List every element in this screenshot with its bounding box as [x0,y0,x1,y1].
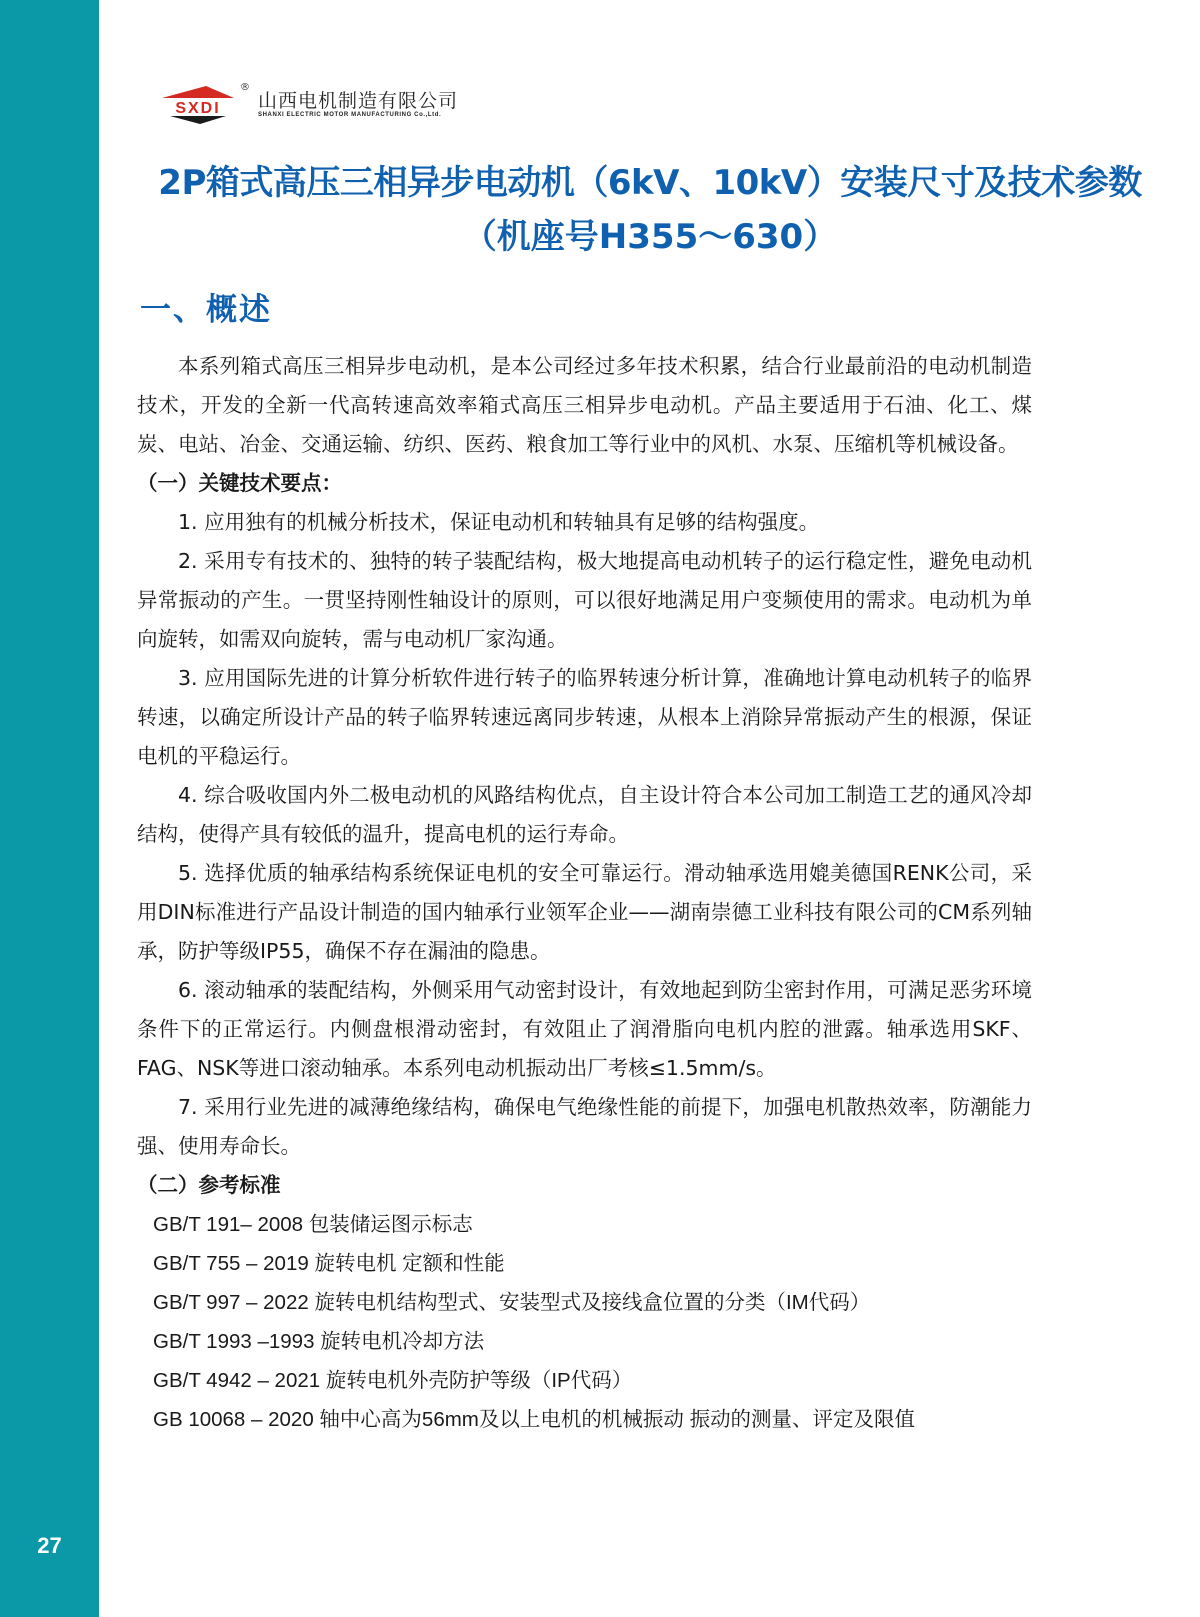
registered-mark: ® [240,82,250,93]
body-content: 本系列箱式高压三相异步电动机，是本公司经过多年技术积累，结合行业最前沿的电动机制… [137,347,1032,1439]
key-point-1: 1. 应用独有的机械分析技术，保证电动机和转轴具有足够的结构强度。 [137,503,1032,542]
key-point-4: 4. 综合吸收国内外二极电动机的风路结构优点，自主设计符合本公司加工制造工艺的通… [137,776,1032,854]
svg-text:SXDI: SXDI [175,100,220,117]
title-line-2: （机座号H355～630） [100,208,1200,266]
company-name-en: SHANXI ELECTRIC MOTOR MANUFACTURING Co.,… [258,112,458,118]
title-line-1: 2P箱式高压三相异步电动机（6kV、10kV）安装尺寸及技术参数 [100,158,1200,208]
page-number: 27 [0,1533,99,1559]
page-title: 2P箱式高压三相异步电动机（6kV、10kV）安装尺寸及技术参数 （机座号H35… [100,158,1200,266]
key-point-2: 2. 采用专有技术的、独特的转子装配结构，极大地提高电动机转子的运行稳定性，避免… [137,542,1032,659]
company-name-cn: 山西电机制造有限公司 [258,90,458,112]
key-points-heading: （一）关键技术要点： [137,464,1032,503]
key-point-7: 7. 采用行业先进的减薄绝缘结构，确保电气绝缘性能的前提下，加强电机散热效率，防… [137,1088,1032,1166]
standard-item: GB 10068 – 2020 轴中心高为56mm及以上电机的机械振动 振动的测… [137,1400,1032,1439]
section-heading: 一、概述 [140,284,272,329]
standard-item: GB/T 755 – 2019 旋转电机 定额和性能 [137,1244,1032,1283]
standards-heading: （二）参考标准 [137,1166,1032,1205]
key-point-6: 6. 滚动轴承的装配结构，外侧采用气动密封设计，有效地起到防尘密封作用，可满足恶… [137,971,1032,1088]
standard-item: GB/T 4942 – 2021 旋转电机外壳防护等级（IP代码） [137,1361,1032,1400]
key-point-5: 5. 选择优质的轴承结构系统保证电机的安全可靠运行。滑动轴承选用媲美德国RENK… [137,854,1032,971]
key-point-3: 3. 应用国际先进的计算分析软件进行转子的临界转速分析计算，准确地计算电动机转子… [137,659,1032,776]
standard-item: GB/T 191– 2008 包装储运图示标志 [137,1205,1032,1244]
standard-item: GB/T 997 – 2022 旋转电机结构型式、安装型式及接线盒位置的分类（I… [137,1283,1032,1322]
intro-paragraph: 本系列箱式高压三相异步电动机，是本公司经过多年技术积累，结合行业最前沿的电动机制… [137,347,1032,464]
sidebar-band [0,0,99,1617]
standard-item: GB/T 1993 –1993 旋转电机冷却方法 [137,1322,1032,1361]
sxdi-logo-icon: SXDI ® [160,84,236,124]
company-logo: SXDI ® 山西电机制造有限公司 SHANXI ELECTRIC MOTOR … [160,82,458,126]
